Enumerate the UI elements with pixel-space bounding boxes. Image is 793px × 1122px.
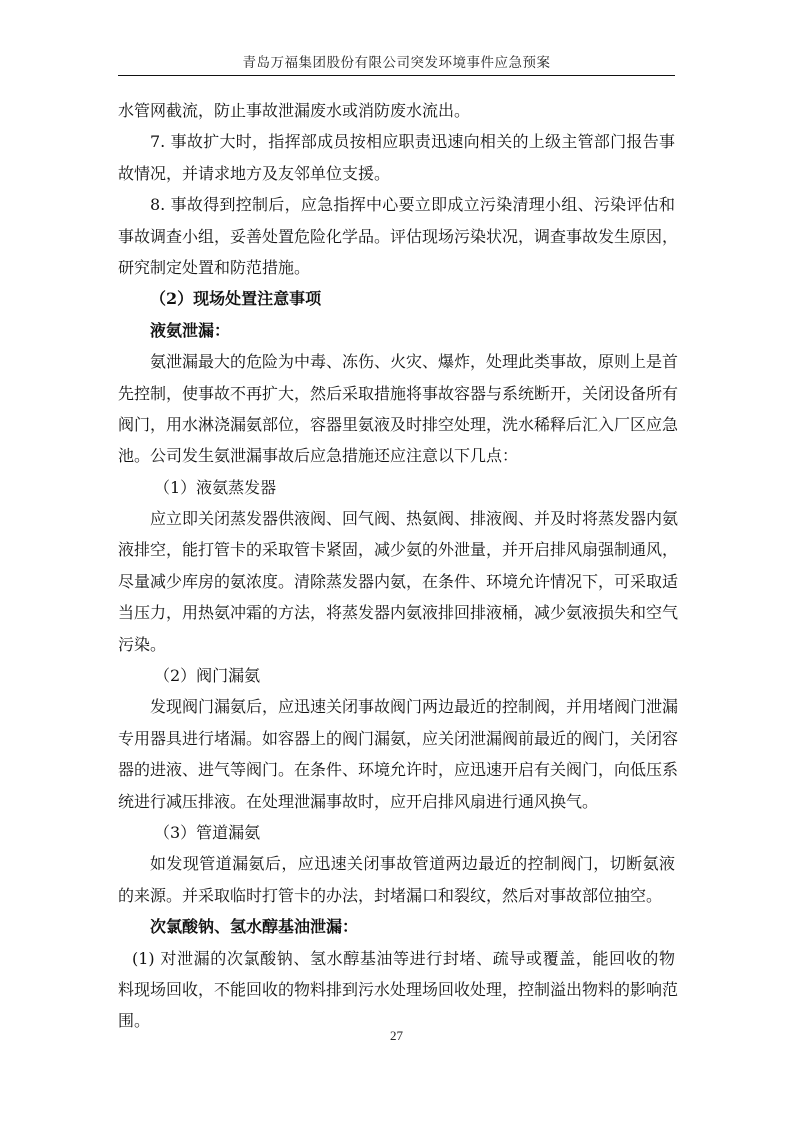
section-heading: （2）现场处置注意事项 — [118, 283, 675, 314]
list-item-heading: （1）液氨蒸发器 — [118, 472, 675, 503]
paragraph-line: 7. 事故扩大时，指挥部成员按相应职责迅速向相关的上级主管部门报告事 — [118, 126, 675, 157]
paragraph-line: 污染。 — [118, 629, 675, 660]
paragraph-line: 专用器具进行堵漏。如容器上的阀门漏氨，应关闭泄漏阀前最近的阀门，关闭容 — [118, 723, 675, 754]
paragraph-line: 水管网截流，防止事故泄漏废水或消防废水流出。 — [118, 95, 675, 126]
paragraph-line: 料现场回收，不能回收的物料排到污水处理场回收处理，控制溢出物料的影响范 — [118, 974, 675, 1005]
paragraph-line: 阀门，用水淋浇漏氨部位，容器里氨液及时排空处理，洗水稀释后汇入厂区应急 — [118, 409, 675, 440]
paragraph-line: 应立即关闭蒸发器供液阀、回气阀、热氨阀、排液阀、并及时将蒸发器内氨 — [118, 503, 675, 534]
paragraph-line: 液排空，能打管卡的采取管卡紧固，减少氨的外泄量，并开启排风扇强制通风， — [118, 534, 675, 565]
page-number: 27 — [0, 1028, 793, 1044]
document-header: 青岛万福集团股份有限公司突发环境事件应急预案 — [118, 54, 675, 72]
paragraph-line: 的来源。并采取临时打管卡的办法，封堵漏口和裂纹，然后对事故部位抽空。 — [118, 880, 675, 911]
subsection-heading: 次氯酸钠、氢水醇基油泄漏： — [118, 911, 675, 942]
paragraph-line: 发现阀门漏氨后，应迅速关闭事故阀门两边最近的控制阀，并用堵阀门泄漏 — [118, 691, 675, 722]
paragraph-line: (1) 对泄漏的次氯酸钠、氢水醇基油等进行封堵、疏导或覆盖，能回收的物 — [118, 943, 675, 974]
paragraph-line: 事故调查小组，妥善处置危险化学品。评估现场污染状况，调查事故发生原因， — [118, 221, 675, 252]
document-body: 水管网截流，防止事故泄漏废水或消防废水流出。 7. 事故扩大时，指挥部成员按相应… — [118, 95, 675, 1037]
paragraph-line: 8. 事故得到控制后，应急指挥中心要立即成立污染清理小组、污染评估和 — [118, 189, 675, 220]
paragraph-line: 氨泄漏最大的危险为中毒、冻伤、火灾、爆炸，处理此类事故，原则上是首 — [118, 346, 675, 377]
paragraph-line: 如发现管道漏氨后，应迅速关闭事故管道两边最近的控制阀门，切断氨液 — [118, 848, 675, 879]
paragraph-line: 统进行减压排液。在处理泄漏事故时，应开启排风扇进行通风换气。 — [118, 786, 675, 817]
subsection-heading: 液氨泄漏： — [118, 315, 675, 346]
paragraph-line: 器的进液、进气等阀门。在条件、环境允许时，应迅速开启有关阀门，向低压系 — [118, 754, 675, 785]
paragraph-line: 先控制，使事故不再扩大，然后采取措施将事故容器与系统断开，关闭设备所有 — [118, 378, 675, 409]
list-item-heading: （3）管道漏氨 — [118, 817, 675, 848]
paragraph-line: 研究制定处置和防范措施。 — [118, 252, 675, 283]
paragraph-line: 尽量减少库房的氨浓度。清除蒸发器内氨，在条件、环境允许情况下，可采取适 — [118, 566, 675, 597]
paragraph-line: 故情况，并请求地方及友邻单位支援。 — [118, 158, 675, 189]
paragraph-line: 池。公司发生氨泄漏事故后应急措施还应注意以下几点： — [118, 440, 675, 471]
paragraph-line: 当压力，用热氨冲霜的方法，将蒸发器内氨液排回排液桶，减少氨液损失和空气 — [118, 597, 675, 628]
list-item-heading: （2）阀门漏氨 — [118, 660, 675, 691]
header-divider — [118, 75, 675, 76]
